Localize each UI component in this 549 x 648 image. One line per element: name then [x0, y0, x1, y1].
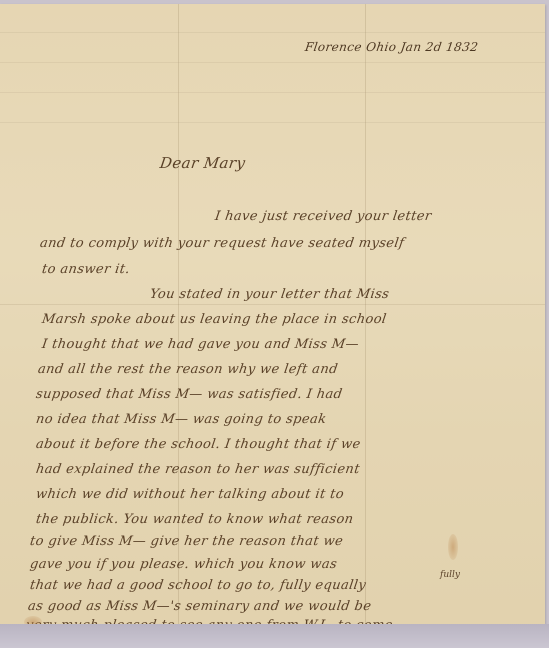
- body-line: which we did without her talking about i…: [35, 487, 345, 502]
- body-line: Marsh spoke about us leaving the place i…: [41, 312, 388, 327]
- interlinear-insertion: fully: [440, 570, 460, 580]
- ink-stain: [448, 534, 458, 560]
- ruled-line: [0, 62, 545, 63]
- fold-crease-middle: [0, 304, 545, 305]
- body-line: supposed that Miss M— was satisfied. I h…: [35, 387, 343, 402]
- body-line: I thought that we had gave you and Miss …: [41, 337, 360, 352]
- letter-page: Florence Ohio Jan 2d 1832 Dear Mary I ha…: [0, 4, 545, 624]
- body-line: You stated in your letter that Miss: [149, 287, 390, 302]
- body-line: about it before the school. I thought th…: [35, 437, 362, 452]
- body-line: as good as Miss M—'s seminary and we wou…: [27, 599, 372, 614]
- body-line: I have just received your letter: [214, 209, 433, 224]
- body-line: and to comply with your request have sea…: [39, 236, 405, 251]
- ruled-line: [0, 32, 545, 33]
- body-line: the publick. You wanted to know what rea…: [35, 512, 355, 527]
- body-line: and all the rest the reason why we left …: [37, 362, 339, 377]
- body-line: to answer it.: [41, 262, 131, 277]
- body-line: to give Miss M— give her the reason that…: [29, 534, 344, 549]
- body-line: gave you if you please. which you know w…: [29, 557, 338, 572]
- scan-background: [0, 624, 549, 648]
- ruled-line: [0, 92, 545, 93]
- ruled-line: [0, 122, 545, 123]
- body-line: had explained the reason to her was suff…: [35, 462, 361, 477]
- body-line: no idea that Miss M— was going to speak: [35, 412, 327, 427]
- dateline: Florence Ohio Jan 2d 1832: [304, 40, 479, 54]
- body-line: that we had a good school to go to, full…: [29, 578, 367, 593]
- salutation: Dear Mary: [159, 154, 247, 172]
